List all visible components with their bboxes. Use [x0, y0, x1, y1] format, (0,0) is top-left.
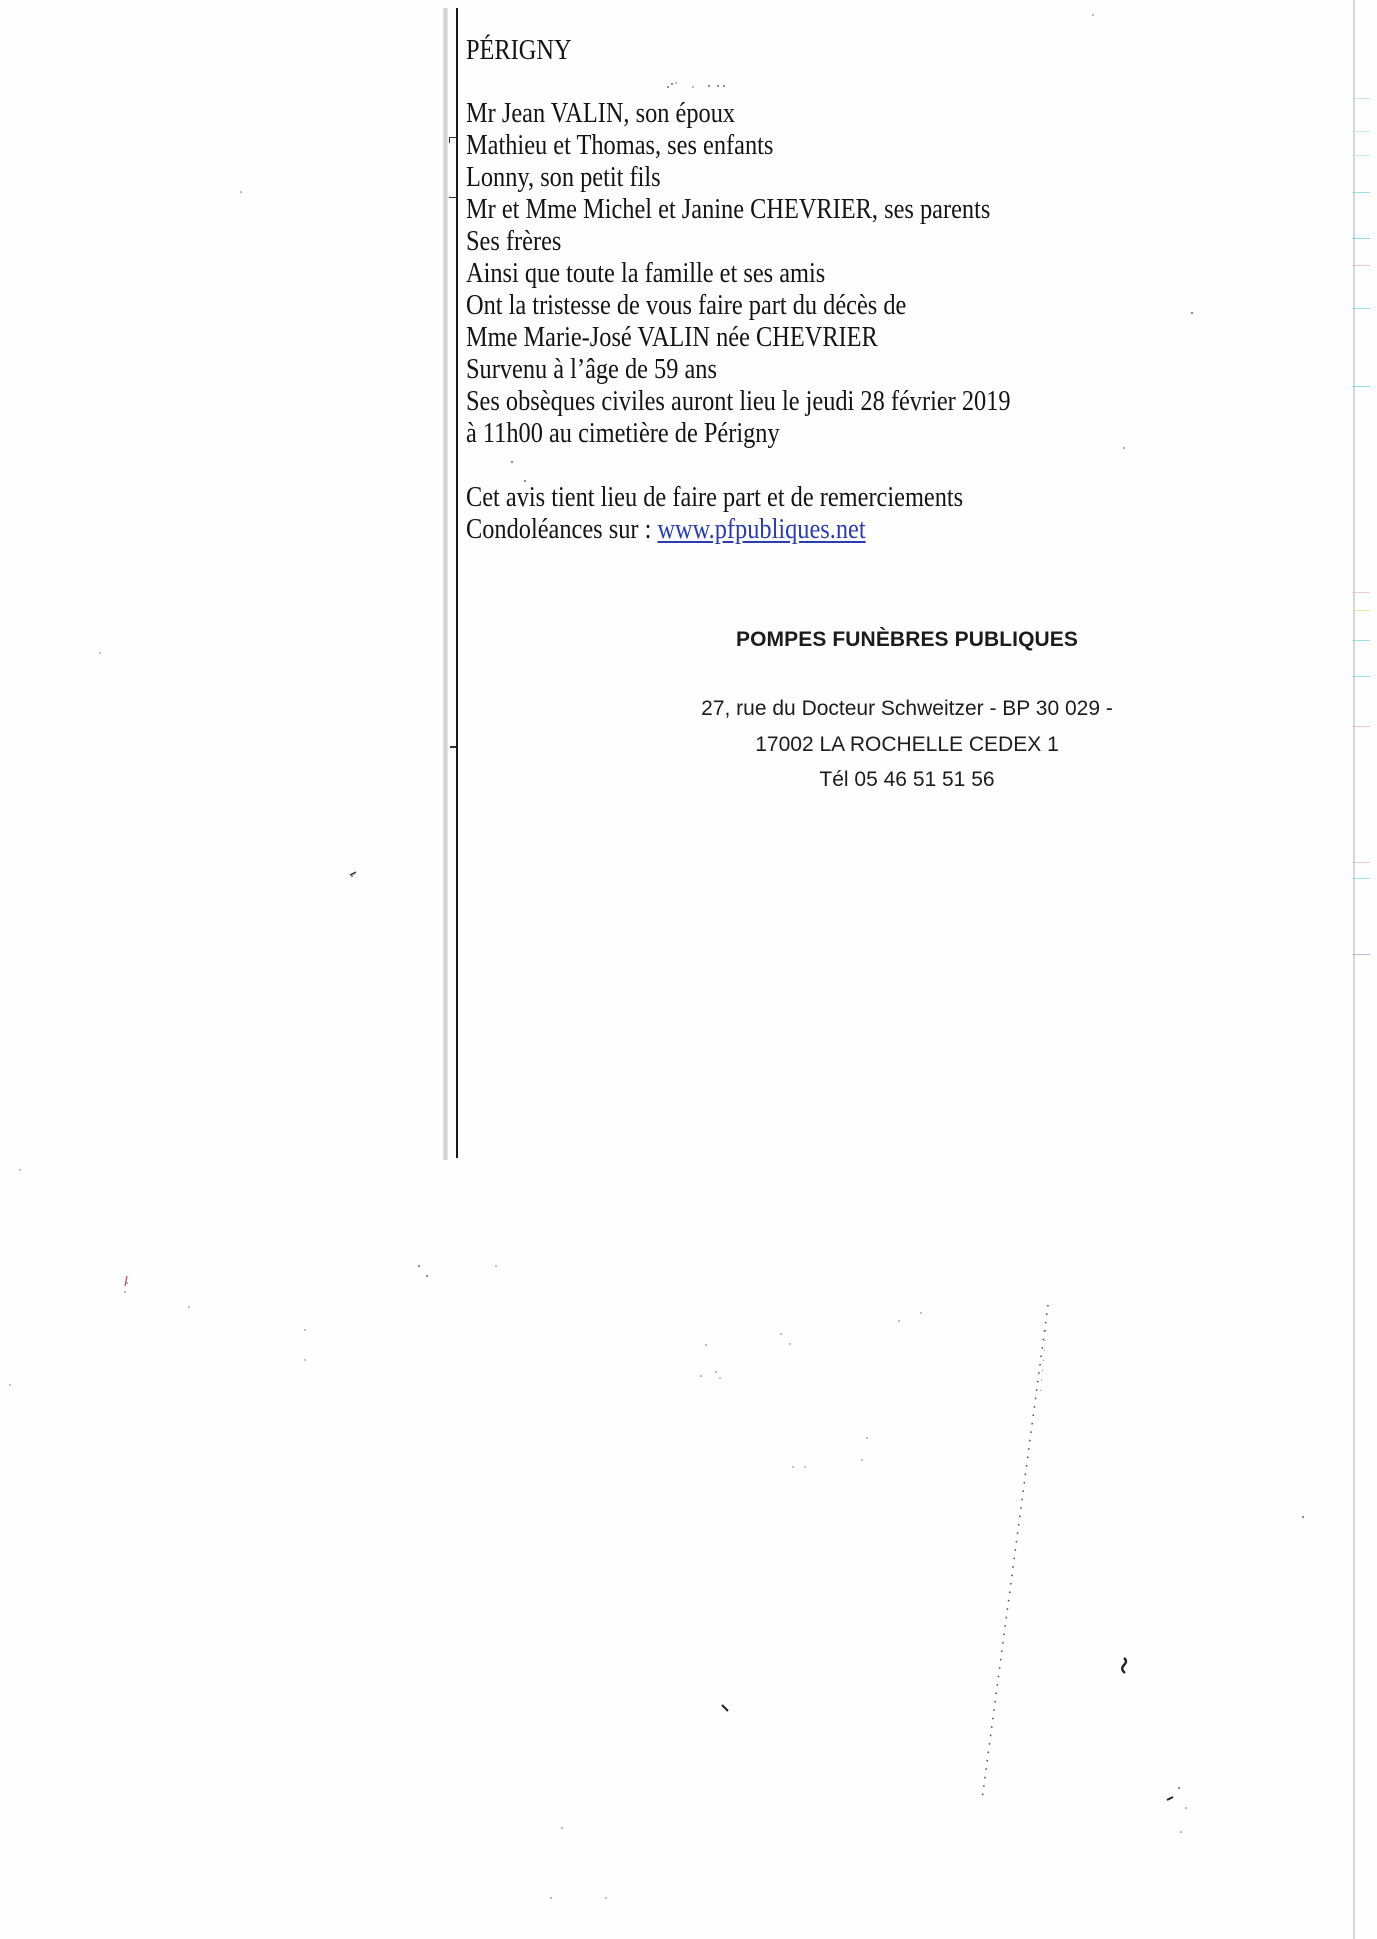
edge-mark — [1352, 676, 1370, 677]
notice-line: Ses frères — [466, 225, 1011, 257]
margin-tick — [449, 137, 450, 143]
scanned-document-page: PÉRIGNY Mr Jean VALIN, son époux Mathieu… — [0, 0, 1377, 1939]
notice-line: Ont la tristesse de vous faire part du d… — [466, 289, 1011, 321]
funeral-date-line: Ses obsèques civiles auront lieu le jeud… — [466, 385, 1011, 417]
edge-mark — [1352, 131, 1370, 132]
condolences-link[interactable]: www.pfpubliques.net — [657, 513, 865, 545]
edge-mark — [1352, 192, 1370, 193]
edge-mark — [1352, 610, 1370, 611]
edge-mark — [1352, 640, 1370, 641]
edge-mark — [1352, 878, 1370, 879]
notice-line: Survenu à l’âge de 59 ans — [466, 353, 1011, 385]
edge-mark — [1352, 862, 1370, 863]
margin-tick — [449, 197, 457, 198]
margin-tick — [450, 746, 456, 748]
notice-line: Ainsi que toute la famille et ses amis — [466, 257, 1011, 289]
margin-tick — [449, 137, 457, 138]
notice-line: Mr et Mme Michel et Janine CHEVRIER, ses… — [466, 193, 1011, 225]
funeral-home-footer: POMPES FUNÈBRES PUBLIQUES 27, rue du Doc… — [607, 625, 1207, 798]
edge-mark — [1352, 726, 1370, 727]
edge-mark — [1352, 238, 1370, 239]
death-notice: PÉRIGNY Mr Jean VALIN, son époux Mathieu… — [466, 34, 1011, 545]
notice-line: Mathieu et Thomas, ses enfants — [466, 129, 1011, 161]
edge-mark — [1352, 265, 1370, 266]
address-line-1: 27, rue du Docteur Schweitzer - BP 30 02… — [607, 691, 1207, 727]
deceased-name-line: Mme Marie-José VALIN née CHEVRIER — [466, 321, 1011, 353]
left-margin-rule — [456, 8, 458, 1158]
condolences-line: Condoléances sur : www.pfpubliques.net — [466, 513, 1011, 545]
edge-mark — [1352, 308, 1370, 309]
funeral-time-place-line: à 11h00 au cimetière de Périgny — [466, 417, 1011, 449]
edge-mark — [1352, 954, 1370, 955]
edge-mark — [1352, 155, 1370, 156]
closing-line: Cet avis tient lieu de faire part et de … — [466, 481, 1011, 513]
funeral-home-name: POMPES FUNÈBRES PUBLIQUES — [607, 625, 1207, 655]
phone-number: Tél 05 46 51 51 56 — [607, 762, 1207, 798]
right-scan-edge — [1353, 0, 1355, 1939]
address-line-2: 17002 LA ROCHELLE CEDEX 1 — [607, 727, 1207, 763]
blank-line — [466, 449, 1011, 481]
edge-mark — [1352, 98, 1370, 99]
edge-mark — [1352, 386, 1370, 387]
edge-mark — [1352, 592, 1370, 593]
notice-line: Mr Jean VALIN, son époux — [466, 97, 1011, 129]
notice-location: PÉRIGNY — [466, 34, 1011, 66]
condolences-label: Condoléances sur : — [466, 513, 657, 545]
scan-margin-band — [443, 8, 448, 1160]
notice-line: Lonny, son petit fils — [466, 161, 1011, 193]
